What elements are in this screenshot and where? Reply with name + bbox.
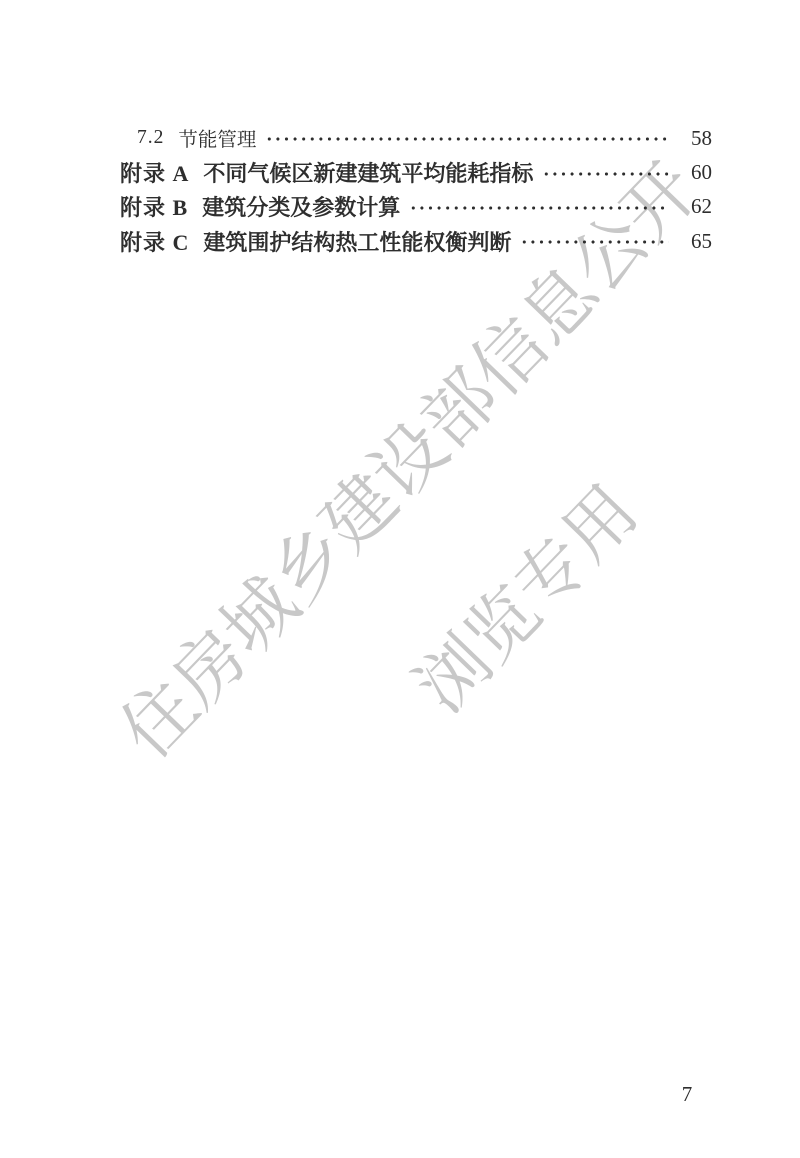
toc-entry-title: 不同气候区新建建筑平均能耗指标: [203, 157, 533, 188]
document-page: 住房城乡建设部信息公开 浏览专用 7.2 节能管理 58 附录 A 不同气候区新…: [0, 0, 800, 1158]
watermark-text-secondary: 浏览专用: [389, 459, 656, 731]
table-of-contents: 7.2 节能管理 58 附录 A 不同气候区新建建筑平均能耗指标 60 附录 B…: [120, 121, 712, 259]
toc-entry-title: 建筑分类及参数计算: [202, 191, 400, 222]
toc-entry: 7.2 节能管理 58: [120, 121, 712, 155]
toc-entry-label: 附录 B: [120, 191, 188, 222]
toc-entry-label: 7.2: [137, 127, 164, 149]
dot-leader: [542, 169, 669, 179]
toc-page-number: 60: [676, 160, 712, 185]
page-number: 7: [665, 1082, 709, 1107]
dot-leader: [520, 237, 669, 247]
toc-entry: 附录 B 建筑分类及参数计算 62: [120, 190, 712, 224]
toc-page-number: 65: [676, 229, 712, 254]
toc-entry-label: 附录 C: [120, 226, 189, 257]
toc-entry: 附录 A 不同气候区新建建筑平均能耗指标 60: [120, 155, 712, 189]
toc-page-number: 62: [676, 194, 712, 219]
toc-entry-title: 节能管理: [178, 124, 256, 152]
dot-leader: [409, 203, 669, 213]
toc-entry-label: 附录 A: [120, 157, 189, 188]
dot-leader: [265, 134, 669, 144]
toc-entry: 附录 C 建筑围护结构热工性能权衡判断 65: [120, 224, 712, 258]
toc-entry-title: 建筑围护结构热工性能权衡判断: [203, 226, 511, 257]
toc-page-number: 58: [676, 126, 712, 151]
